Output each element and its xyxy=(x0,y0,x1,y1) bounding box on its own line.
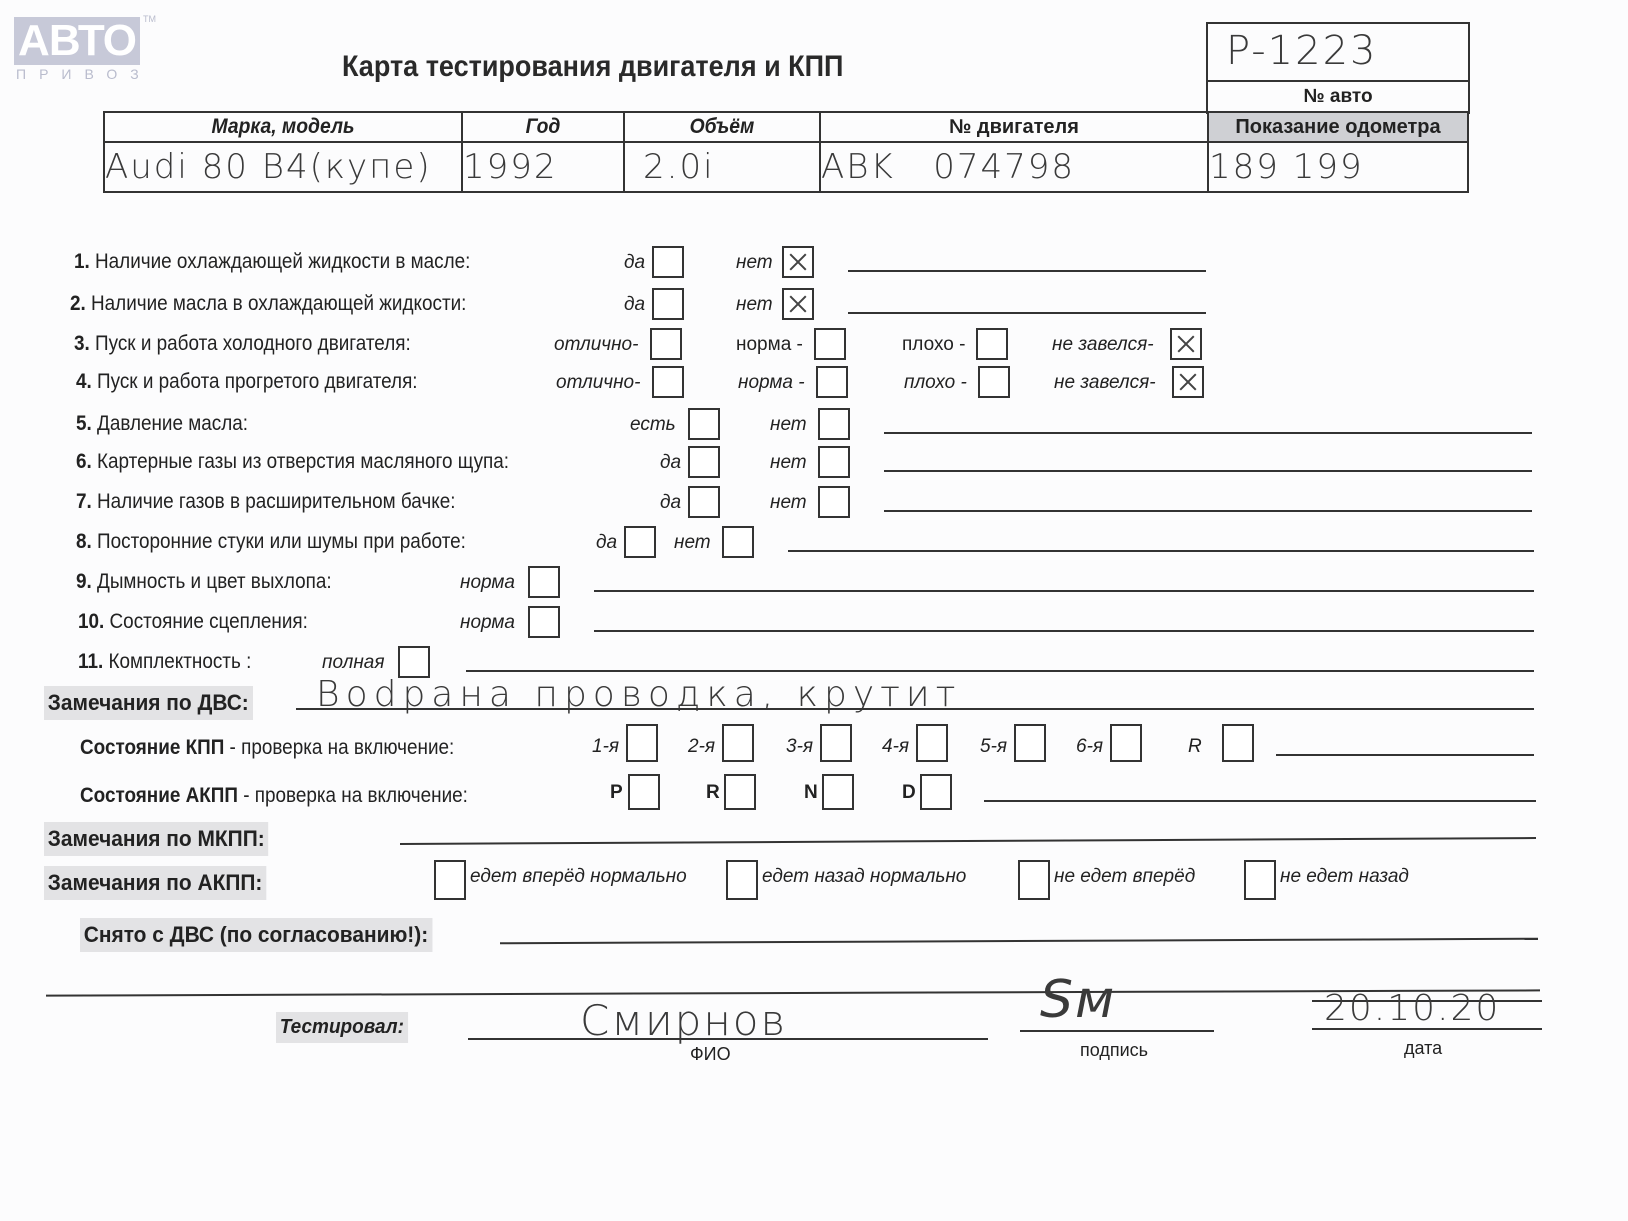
answer-line[interactable] xyxy=(884,470,1532,472)
option-checkbox[interactable] xyxy=(652,246,684,278)
checklist-question: 11. Комплектность : xyxy=(78,650,251,674)
answer-line[interactable] xyxy=(594,630,1534,632)
checklist-question: 2. Наличие масла в охлаждающей жидкости: xyxy=(70,292,466,316)
manual-gearbox-title: Состояние КПП xyxy=(80,736,224,759)
auto-number-box: P-1223 № авто xyxy=(1206,22,1470,114)
question-number: 7. xyxy=(76,490,97,513)
removed-label: Снято с ДВС (по согласованию!): xyxy=(80,918,432,952)
auto-gearbox-label: Состояние АКПП - проверка на включение: xyxy=(80,784,468,808)
question-number: 9. xyxy=(76,570,97,593)
option-label: полная xyxy=(322,652,385,674)
page-title: Карта тестирования двигателя и КПП xyxy=(342,50,843,84)
removed-field[interactable] xyxy=(500,938,1538,945)
gear-label: 6-я xyxy=(1076,736,1103,758)
option-checkbox[interactable] xyxy=(976,328,1008,360)
question-number: 5. xyxy=(76,412,97,435)
gear-checkbox[interactable] xyxy=(820,724,852,762)
option-checkbox[interactable] xyxy=(688,408,720,440)
auto-number-label: № авто xyxy=(1208,82,1468,112)
remarks-at-label: Замечания по АКПП: xyxy=(44,866,266,900)
gear-label: P xyxy=(610,782,623,804)
name-line xyxy=(468,1038,988,1040)
option-checkbox[interactable] xyxy=(816,366,848,398)
manual-gearbox-line xyxy=(1276,754,1534,756)
value-volume: 2.0i xyxy=(624,142,820,192)
option-label: отлично- xyxy=(556,372,640,394)
option-checkbox[interactable] xyxy=(818,486,850,518)
remarks-mt-field[interactable] xyxy=(400,837,1536,845)
gear-label: 1-я xyxy=(592,736,619,758)
tested-by-label: Тестировал: xyxy=(276,1012,408,1043)
date-line xyxy=(1312,1028,1542,1030)
gear-checkbox[interactable] xyxy=(920,774,952,810)
question-text: Наличие газов в расширительном бачке: xyxy=(97,490,455,513)
option-label: нет xyxy=(770,414,807,436)
answer-line[interactable] xyxy=(466,670,1534,672)
gear-label: R xyxy=(1188,736,1202,758)
option-label: не завелся- xyxy=(1054,372,1156,394)
header-make-model: Марка, модель xyxy=(118,112,447,142)
test-date[interactable]: 20.10.20 xyxy=(1324,988,1500,1029)
checklist-question: 5. Давление масла: xyxy=(76,412,248,436)
auto-number-value: P-1223 xyxy=(1208,24,1468,74)
divider-line xyxy=(46,989,1540,996)
vehicle-info-table: Марка, модель Год Объём № двигателя Пока… xyxy=(103,111,1469,193)
header-odometer: Показание одометра xyxy=(1208,112,1468,142)
answer-line[interactable] xyxy=(884,432,1532,434)
question-number: 6. xyxy=(76,450,97,473)
auto-gearbox-title: Состояние АКПП xyxy=(80,784,238,807)
avtoprivoz-logo: АВТО xyxy=(14,17,140,65)
option-label: норма - xyxy=(738,372,805,394)
option-checkbox[interactable] xyxy=(688,486,720,518)
manual-gearbox-label: Состояние КПП - проверка на включение: xyxy=(80,736,454,760)
gear-checkbox[interactable] xyxy=(1014,724,1046,762)
option-checkbox[interactable] xyxy=(528,566,560,598)
option-label: да xyxy=(624,294,645,316)
at-remark-label: не едет вперёд xyxy=(1054,866,1195,888)
at-remark-checkbox[interactable] xyxy=(726,860,758,900)
question-number: 2. xyxy=(70,292,91,315)
option-label: да xyxy=(596,532,617,554)
logo-subtitle: ПРИВОЗ xyxy=(16,66,152,82)
option-checkbox[interactable] xyxy=(818,446,850,478)
checklist-question: 4. Пуск и работа прогретого двигателя: xyxy=(76,370,418,394)
option-checkbox[interactable] xyxy=(624,526,656,558)
option-checkbox[interactable] xyxy=(688,446,720,478)
option-checkbox[interactable] xyxy=(1172,366,1204,398)
gear-label: N xyxy=(804,782,818,804)
remarks-ice-line xyxy=(296,708,1534,710)
question-text: Наличие охлаждающей жидкости в масле: xyxy=(95,250,470,273)
option-label: нет xyxy=(674,532,711,554)
gear-label: 3-я xyxy=(786,736,813,758)
question-number: 11. xyxy=(78,650,108,673)
option-checkbox[interactable] xyxy=(1170,328,1202,360)
at-remark-label: едет назад нормально xyxy=(762,866,966,888)
option-checkbox[interactable] xyxy=(528,606,560,638)
question-number: 10. xyxy=(78,610,110,633)
remarks-mt-label: Замечания по МКПП: xyxy=(44,822,268,856)
header-engine-number: № двигателя xyxy=(820,112,1208,142)
question-number: 1. xyxy=(74,250,95,273)
at-remark-checkbox[interactable] xyxy=(1244,860,1276,900)
question-text: Давление масла: xyxy=(97,412,248,435)
manual-gearbox-desc: - проверка на включение: xyxy=(224,736,454,759)
gear-checkbox[interactable] xyxy=(822,774,854,810)
date-caption: дата xyxy=(1404,1038,1442,1059)
question-number: 4. xyxy=(76,370,97,393)
gear-checkbox[interactable] xyxy=(626,724,658,762)
signature-caption: подпись xyxy=(1080,1040,1148,1061)
option-label: нет xyxy=(736,294,773,316)
value-make-model: Audi 80 B4(купе) xyxy=(104,142,462,192)
answer-line[interactable] xyxy=(594,590,1534,592)
option-label: да xyxy=(660,492,681,514)
option-label: да xyxy=(660,452,681,474)
question-text: Комплектность : xyxy=(108,650,251,673)
option-checkbox[interactable] xyxy=(814,328,846,360)
answer-line[interactable] xyxy=(848,312,1206,314)
checklist-question: 10. Состояние сцепления: xyxy=(78,610,308,634)
checklist-question: 3. Пуск и работа холодного двигателя: xyxy=(74,332,411,356)
auto-gearbox-line xyxy=(984,800,1536,802)
at-remark-checkbox[interactable] xyxy=(434,860,466,900)
gear-checkbox[interactable] xyxy=(628,774,660,810)
checklist-question: 8. Посторонние стуки или шумы при работе… xyxy=(76,530,466,554)
at-remark-label: не едет назад xyxy=(1280,866,1409,888)
checklist-question: 7. Наличие газов в расширительном бачке: xyxy=(76,490,456,514)
question-number: 8. xyxy=(76,530,97,553)
tester-signature[interactable]: Sм xyxy=(1040,970,1116,1030)
checklist-question: 6. Картерные газы из отверстия масляного… xyxy=(76,450,509,474)
option-label: плохо - xyxy=(904,372,967,394)
gear-label: D xyxy=(902,782,916,804)
gear-checkbox[interactable] xyxy=(916,724,948,762)
option-label: норма - xyxy=(736,334,803,356)
value-odometer: 189 199 xyxy=(1208,142,1468,192)
option-checkbox[interactable] xyxy=(782,288,814,320)
option-checkbox[interactable] xyxy=(652,366,684,398)
gear-checkbox[interactable] xyxy=(1222,724,1254,762)
option-label: нет xyxy=(770,452,807,474)
value-year: 1992 xyxy=(462,142,624,192)
question-text: Дымность и цвет выхлопа: xyxy=(97,570,332,593)
option-checkbox[interactable] xyxy=(978,366,1010,398)
at-remark-label: едет вперёд нормально xyxy=(470,866,687,888)
option-label: норма xyxy=(460,572,515,594)
header-volume: Объём xyxy=(632,112,812,142)
at-remark-checkbox[interactable] xyxy=(1018,860,1050,900)
question-text: Картерные газы из отверстия масляного щу… xyxy=(97,450,509,473)
question-text: Наличие масла в охлаждающей жидкости: xyxy=(91,292,466,315)
name-caption: ФИО xyxy=(690,1044,731,1065)
answer-line[interactable] xyxy=(788,550,1534,552)
answer-line[interactable] xyxy=(884,510,1532,512)
option-checkbox[interactable] xyxy=(650,328,682,360)
question-text: Пуск и работа холодного двигателя: xyxy=(95,332,411,355)
option-checkbox[interactable] xyxy=(652,288,684,320)
gear-label: 5-я xyxy=(980,736,1007,758)
header-year: Год xyxy=(468,112,617,142)
gear-checkbox[interactable] xyxy=(722,724,754,762)
question-text: Состояние сцепления: xyxy=(110,610,308,633)
option-checkbox[interactable] xyxy=(722,526,754,558)
option-checkbox[interactable] xyxy=(818,408,850,440)
gear-label: 2-я xyxy=(688,736,715,758)
remarks-ice-label: Замечания по ДВС: xyxy=(44,686,253,720)
checklist-question: 1. Наличие охлаждающей жидкости в масле: xyxy=(74,250,470,274)
question-text: Пуск и работа прогретого двигателя: xyxy=(97,370,418,393)
question-number: 3. xyxy=(74,332,95,355)
trademark: TM xyxy=(143,14,156,24)
option-label: отлично- xyxy=(554,334,638,356)
option-label: нет xyxy=(770,492,807,514)
gear-checkbox[interactable] xyxy=(724,774,756,810)
option-label: норма xyxy=(460,612,515,634)
option-label: нет xyxy=(736,252,773,274)
auto-gearbox-desc: - проверка на включение: xyxy=(238,784,468,807)
question-text: Посторонние стуки или шумы при работе: xyxy=(97,530,466,553)
option-label: да xyxy=(624,252,645,274)
answer-line[interactable] xyxy=(848,270,1206,272)
gear-checkbox[interactable] xyxy=(1110,724,1142,762)
gear-label: R xyxy=(706,782,720,804)
signature-line xyxy=(1020,1030,1214,1032)
option-label: есть xyxy=(630,414,676,436)
option-label: плохо - xyxy=(902,334,965,356)
option-label: не завелся- xyxy=(1052,334,1154,356)
value-engine-number: ABK 074798 xyxy=(820,142,1208,192)
checklist-question: 9. Дымность и цвет выхлопа: xyxy=(76,570,332,594)
option-checkbox[interactable] xyxy=(782,246,814,278)
gear-label: 4-я xyxy=(882,736,909,758)
